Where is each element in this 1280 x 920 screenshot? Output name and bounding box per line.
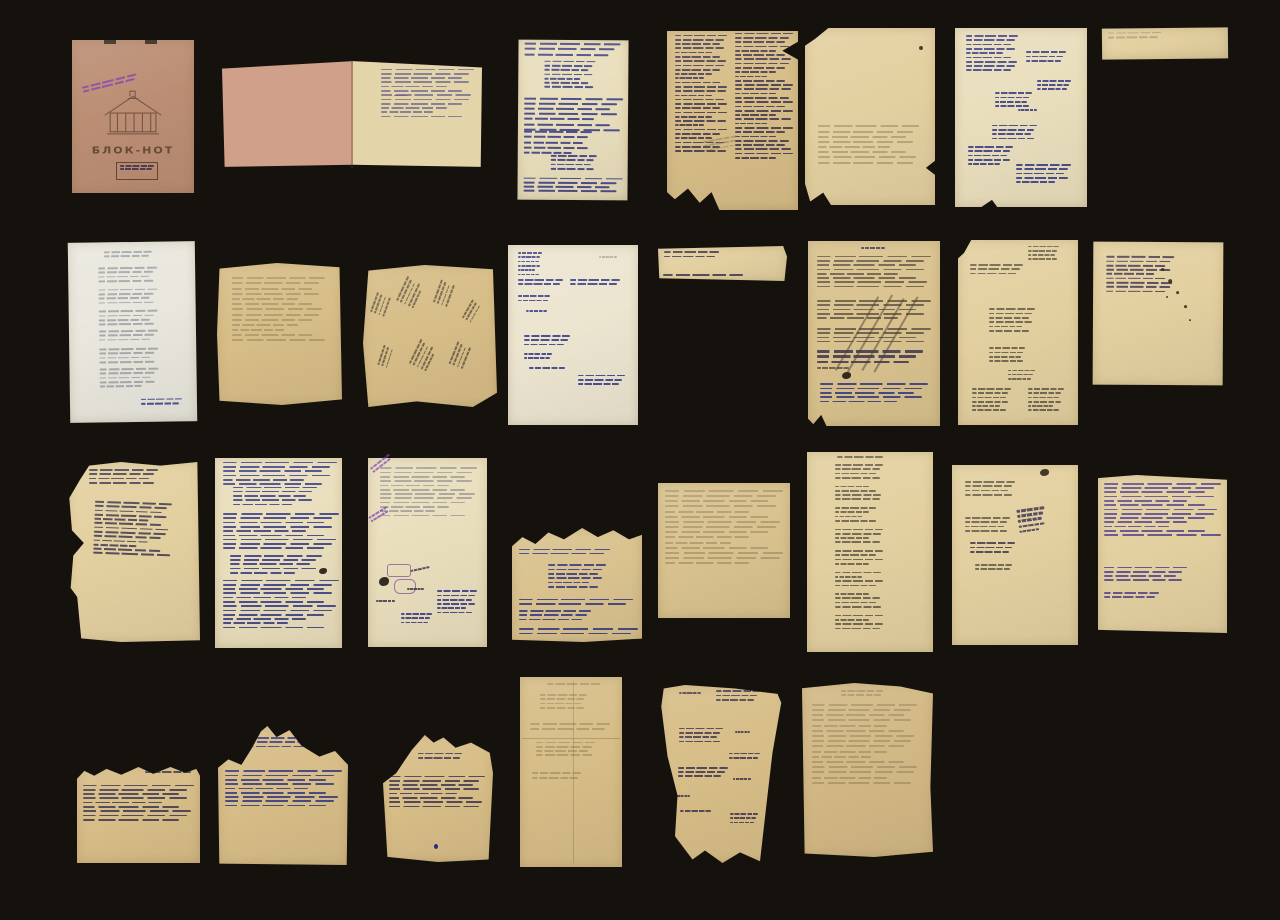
notebook-cover: БЛОК-НОТ	[72, 40, 194, 193]
handwriting-block	[394, 95, 407, 98]
typed-block	[664, 251, 718, 260]
torn-notes-fragment	[660, 685, 785, 863]
typescript-fragment-bottom	[77, 765, 200, 863]
handwriting-block	[1104, 483, 1220, 539]
handwriting-column	[675, 35, 727, 155]
torn-edge-notes	[68, 462, 200, 642]
faded-writing-block	[540, 694, 587, 711]
typed-stanzas	[835, 464, 883, 636]
handwriting-block	[225, 770, 342, 809]
cover-title: БЛОК-НОТ	[72, 145, 194, 157]
handwriting-block	[529, 367, 565, 372]
annotated-draft	[955, 28, 1087, 207]
show-through-block	[818, 125, 919, 167]
handwritten-note	[369, 506, 392, 525]
typed-block	[975, 564, 1013, 573]
handwriting-block	[733, 778, 752, 783]
ink-dot	[1189, 319, 1191, 321]
handwriting-block	[551, 155, 597, 172]
typed-stanza	[100, 348, 159, 366]
ink-dot	[1184, 305, 1187, 308]
ink-dot	[1176, 291, 1179, 294]
typed-block	[663, 274, 743, 279]
handwriting-block	[518, 295, 549, 304]
handwriting-block	[679, 728, 723, 745]
typed-block	[1008, 370, 1034, 383]
handwriting-block	[730, 813, 758, 826]
blank-leaf	[805, 28, 935, 205]
ink-dot	[919, 46, 923, 50]
typed-block	[989, 347, 1025, 364]
ink-blot	[842, 372, 851, 379]
handwriting-block	[519, 628, 639, 637]
pencil-cluster	[396, 276, 427, 309]
faded-typed-block	[841, 690, 883, 699]
handwritten-draft	[517, 40, 628, 201]
ink-dot	[434, 844, 438, 849]
typed-paragraph	[83, 785, 194, 824]
stamp-text-lines	[120, 165, 154, 171]
handwriting-block	[680, 810, 711, 815]
pencil-cluster	[462, 299, 484, 324]
binding-mark	[145, 40, 157, 44]
typed-stanza	[100, 368, 159, 390]
handwriting-block	[223, 580, 340, 631]
handwriting-block	[968, 146, 1013, 167]
handwriting-block	[523, 177, 622, 195]
page-fold	[351, 60, 353, 168]
typed-fragment	[383, 735, 493, 862]
faded-writing-block	[232, 277, 325, 344]
handwriting-block	[735, 731, 750, 736]
faded-writing-block	[536, 742, 595, 759]
crease-line	[573, 681, 574, 863]
handwriting-block	[233, 487, 317, 508]
faded-writing-block	[665, 490, 784, 568]
ink-dot	[1166, 296, 1168, 298]
handwriting-block	[1018, 109, 1036, 114]
ink-blot	[1040, 469, 1049, 476]
handwriting-block	[1037, 80, 1071, 93]
pencil-cluster	[378, 344, 397, 368]
handwriting-list	[518, 252, 541, 278]
pencil-cluster	[433, 279, 457, 308]
typed-emphasis	[970, 542, 1015, 555]
script-fragment	[218, 726, 348, 865]
manuscript-collage-photo: БЛОК-НОТ	[0, 0, 1280, 920]
handwriting-block	[1104, 567, 1187, 584]
handwriting-block	[578, 375, 625, 388]
typed-stanza	[99, 330, 158, 344]
handwriting-block	[523, 131, 591, 157]
typed-block	[972, 388, 1010, 414]
annotated-typescript	[952, 465, 1078, 645]
pencil-note	[599, 256, 617, 261]
handwriting-block	[93, 500, 171, 558]
ink-correction	[1016, 506, 1047, 536]
handwriting-block	[729, 753, 760, 762]
typed-block	[817, 367, 849, 372]
typed-block	[1028, 388, 1064, 414]
handwriting-block	[992, 125, 1037, 142]
typed-stanza	[99, 267, 158, 285]
typed-stanza	[989, 308, 1035, 334]
pencil-cluster	[409, 338, 440, 371]
typed-block	[418, 753, 462, 762]
ink-dot	[1161, 268, 1164, 271]
handwriting-block	[679, 692, 702, 697]
crossed-out-typescript	[808, 241, 940, 426]
typed-block	[145, 771, 192, 775]
typed-paragraph	[380, 467, 478, 518]
handwriting-block	[1106, 256, 1174, 295]
pencil-note	[1108, 32, 1161, 41]
typescript-poem	[68, 241, 198, 423]
pencil-cluster	[448, 342, 473, 371]
handwriting-block	[519, 549, 610, 558]
date-note	[407, 588, 424, 593]
handwriting-block	[524, 353, 553, 362]
handwriting-block	[526, 310, 547, 315]
handwriting-block	[1016, 164, 1071, 185]
handwriting-block	[545, 61, 596, 91]
handwriting-block	[1104, 592, 1158, 601]
faded-leaf	[217, 263, 342, 405]
notebook-spread	[222, 60, 482, 168]
typed-block	[965, 517, 1010, 534]
handwriting-block	[247, 737, 312, 750]
spread-right-page	[353, 60, 482, 168]
fair-copy-list	[508, 245, 638, 425]
handwriting-block	[524, 43, 621, 59]
script-draft	[215, 458, 342, 648]
ink-draft	[1098, 475, 1227, 633]
faded-typed-block	[812, 704, 917, 787]
ink-blot	[319, 568, 327, 574]
ink-spattered-leaf	[1093, 242, 1224, 386]
handwriting-block	[519, 610, 592, 623]
ink-blot	[379, 577, 389, 586]
pencil-cluster	[370, 292, 393, 318]
handwritten-note	[141, 398, 182, 407]
pencil-clusters	[363, 265, 497, 407]
handwriting-column	[735, 33, 793, 161]
faded-pencil-leaf	[658, 483, 790, 618]
typed-block	[970, 264, 1023, 277]
handwriting-block	[1026, 51, 1066, 64]
rubber-stamp	[387, 564, 411, 577]
handwriting-block	[89, 469, 158, 486]
stamped-typescript	[368, 458, 487, 647]
typed-block	[1028, 246, 1059, 263]
handwriting-block	[995, 92, 1032, 109]
handwriting-block	[678, 767, 728, 780]
printer-stamp-box	[116, 162, 158, 180]
handwritten-note	[437, 590, 477, 616]
typed-title	[861, 247, 885, 252]
building-illustration	[94, 86, 172, 138]
typed-title	[103, 251, 151, 260]
date-note	[410, 566, 430, 575]
handwriting-block	[524, 335, 571, 348]
date-note	[376, 600, 395, 605]
faded-writing-block	[530, 723, 610, 733]
typescript-fragments	[958, 240, 1078, 425]
typed-strip	[658, 246, 787, 281]
handwriting-block	[966, 35, 1019, 74]
handwritten-note	[820, 383, 928, 404]
handwriting-block	[518, 279, 562, 288]
two-column-notes	[667, 31, 798, 210]
handwriting-block	[675, 795, 690, 800]
torn-top-list	[512, 528, 642, 642]
handwriting-block	[223, 462, 337, 488]
typed-paragraph	[817, 328, 931, 345]
spread-left-page	[222, 60, 353, 168]
handwriting-block	[570, 279, 619, 288]
crease-line	[522, 738, 620, 739]
faded-typescript	[802, 683, 933, 857]
typed-paragraph	[817, 256, 931, 290]
handwriting-block	[519, 599, 633, 608]
typed-title	[837, 456, 882, 461]
handwriting-block	[230, 555, 321, 576]
handwriting-block	[523, 97, 622, 134]
creased-leaf	[520, 677, 622, 867]
binding-mark	[104, 40, 116, 44]
handwritten-note	[401, 613, 432, 626]
typed-paragraph	[389, 776, 486, 810]
typescript-stanzas	[807, 452, 933, 652]
handwriting-block	[223, 513, 340, 552]
handwriting-block	[716, 690, 760, 703]
handwriting-list	[548, 564, 605, 590]
typed-block	[965, 481, 1015, 498]
typed-stanza	[99, 310, 158, 328]
paper-strip	[1102, 27, 1228, 59]
typed-stanza	[99, 288, 158, 306]
